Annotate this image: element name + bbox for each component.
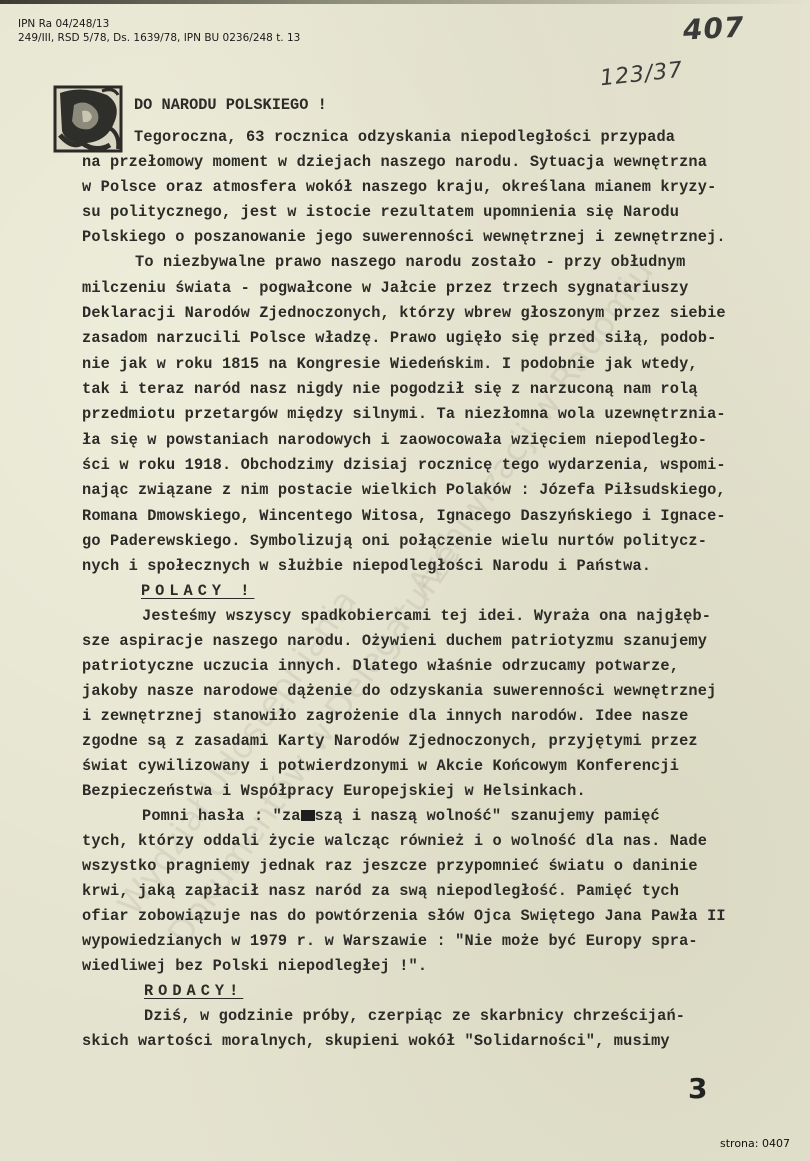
text-line: Polskiego o poszanowanie jego suwerennoś… — [82, 228, 726, 246]
typewritten-document: DO NARODU POLSKIEGO ! Tegoroczna, 63 roc… — [0, 0, 810, 1161]
text-line: go Paderewskiego. Symbolizują oni połącz… — [82, 532, 707, 550]
text-line: przedmiotu przetargów między silnymi. Ta… — [82, 405, 726, 423]
text-line: nych i społecznych w służbie niepodległo… — [82, 557, 651, 575]
scan-page-label: strona: 0407 — [720, 1137, 790, 1150]
text-line: krwi, jaką zapłacił nasz naród za swą ni… — [82, 882, 679, 900]
section-heading-rodacy: RODACY! — [144, 982, 243, 1000]
text-line: Pomni hasła : "zaszą i naszą wolność" sz… — [142, 807, 660, 825]
text-line: su politycznego, jest w istocie rezultat… — [82, 203, 679, 221]
text-line: zasadom narzucili Polsce władzę. Prawo u… — [82, 329, 716, 347]
text-line: i zewnętrznej stanowiło zagrożenie dla i… — [82, 707, 688, 725]
text-line: wszystko pragniemy jednak raz jeszcze pr… — [82, 857, 698, 875]
section-heading-polacy: POLACY ! — [141, 582, 254, 600]
text-line: w Polsce oraz atmosfera wokół naszego kr… — [82, 178, 716, 196]
text-line: To niezbywalne prawo naszego narodu zost… — [135, 253, 685, 271]
text-line: skich wartości moralnych, skupieni wokół… — [82, 1032, 670, 1050]
text-line: zgodne są z zasadami Karty Narodów Zjedn… — [82, 732, 698, 750]
text-line: wypowiedzianych w 1979 r. w Warszawie : … — [82, 932, 698, 950]
text-line: tych, którzy oddali życie walcząc równie… — [82, 832, 707, 850]
text-line: wiedliwej bez Polski niepodległej !". — [82, 957, 427, 975]
text-line: tak i teraz naród nasz nigdy nie pogodzi… — [82, 380, 698, 398]
text-line: nie jak w roku 1815 na Kongresie Wiedeńs… — [82, 355, 698, 373]
text-line: ści w roku 1918. Obchodzimy dzisiaj rocz… — [82, 456, 726, 474]
document-title: DO NARODU POLSKIEGO ! — [134, 96, 327, 114]
text-line: na przełomowy moment w dziejach naszego … — [82, 153, 707, 171]
text-line: sze aspiracje naszego narodu. Ożywieni d… — [82, 632, 707, 650]
text-fragment: szą i naszą wolność" szanujemy pamięć — [315, 807, 660, 825]
text-line: Tegoroczna, 63 rocznica odzyskania niepo… — [134, 128, 675, 146]
redaction-mark — [301, 810, 315, 821]
text-line: jakoby nasze narodowe dążenie do odzyska… — [82, 682, 716, 700]
text-line: ła się w powstaniach narodowych i zaowoc… — [82, 431, 707, 449]
text-line: Bezpieczeństwa i Współpracy Europejskiej… — [82, 782, 586, 800]
text-line: ofiar zobowiązuje nas do powtórzenia słó… — [82, 907, 726, 925]
page-number: 3 — [688, 1072, 707, 1105]
text-line: milczeniu świata - pogwałcone w Jałcie p… — [82, 279, 688, 297]
text-line: Jesteśmy wszyscy spadkobiercami tej idei… — [142, 607, 711, 625]
text-line: Dziś, w godzinie próby, czerpiąc ze skar… — [144, 1007, 685, 1025]
text-line: Deklaracji Narodów Zjednoczonych, którzy… — [82, 304, 726, 322]
text-line: patriotyczne uczucia innych. Dlatego wła… — [82, 657, 679, 675]
text-line: Romana Dmowskiego, Wincentego Witosa, Ig… — [82, 507, 726, 525]
text-line: nając związane z nim postacie wielkich P… — [82, 481, 726, 499]
text-line: świat cywilizowany i potwierdzonymi w Ak… — [82, 757, 679, 775]
text-fragment: Pomni hasła : "za — [142, 807, 301, 825]
